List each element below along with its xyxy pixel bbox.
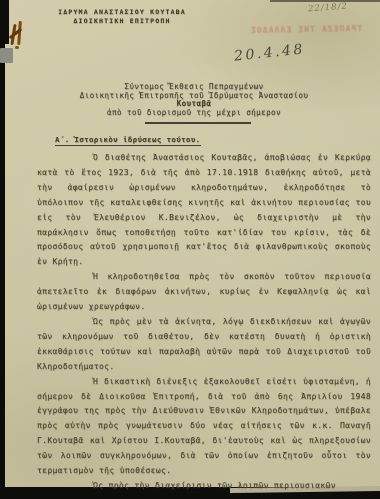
bank-stamp-bleedthrough: ΤΡΑΠΕΖΑ ΤΗΣ ΕΛΛΑΔΟΣ — [238, 24, 374, 35]
document-title: Σύντομος Ἔκθεσις Πεπραγμένων Διοικητικῆς… — [30, 83, 358, 117]
paragraph: Ἡ κληροδοτηθεῖσα πρὸς τὸν σκοπὸν τοῦτον … — [37, 270, 371, 315]
rust-staple-mark — [9, 21, 29, 51]
section-heading: Α΄. Ἱστορικὸν ἱδρύσεως τούτου. — [55, 135, 201, 146]
paragraph: Ἡ δικαστικὴ διένεξις ἐξακολουθεῖ εἰσέτι … — [37, 375, 371, 479]
paragraph: Ὁ διαθέτης Ἀναστάσιος Κουταβᾶς, ἀποβιώσα… — [37, 151, 371, 270]
pencil-corner-note: 22/18/2 — [308, 2, 348, 15]
paragraph: Ὡς πρὸς μὲν τὰ ἀκίνητα, λόγῳ διεκδικήσεω… — [37, 315, 371, 375]
scan-edge-left — [0, 0, 5, 499]
document-body: Ὁ διαθέτης Ἀναστάσιος Κουταβᾶς, ἀποβιώσα… — [37, 151, 371, 494]
document-scan: ΙΔΡΥΜΑ ΑΝΑΣΤΑΣΙΟΥ ΚΟΥΤΑΒΑ ΔΙΟΙΚΗΤΙΚΗ ΕΠΙ… — [0, 0, 380, 499]
title-underline-rule — [145, 122, 251, 124]
scan-edge-left-top — [0, 0, 9, 44]
scan-edge-top — [270, 0, 380, 2]
title-line-4: ἀπὸ τοῦ διορισμοῦ της μέχρι σήμερον — [30, 109, 358, 118]
letterhead: ΙΔΡΥΜΑ ΑΝΑΣΤΑΣΙΟΥ ΚΟΥΤΑΒΑ ΔΙΟΙΚΗΤΙΚΗ ΕΠΙ… — [46, 8, 198, 25]
handwritten-date: 20.4.48 — [233, 41, 305, 64]
paragraph: Ὡς πρὸς τὴν διαχείρισιν τῶν λοιπῶν περιο… — [37, 479, 371, 494]
letterhead-org-name: ΙΔΡΥΜΑ ΑΝΑΣΤΑΣΙΟΥ ΚΟΥΤΑΒΑ — [46, 8, 198, 17]
letterhead-committee: ΔΙΟΙΚΗΤΙΚΗ ΕΠΙΤΡΟΠΗ — [46, 17, 198, 26]
